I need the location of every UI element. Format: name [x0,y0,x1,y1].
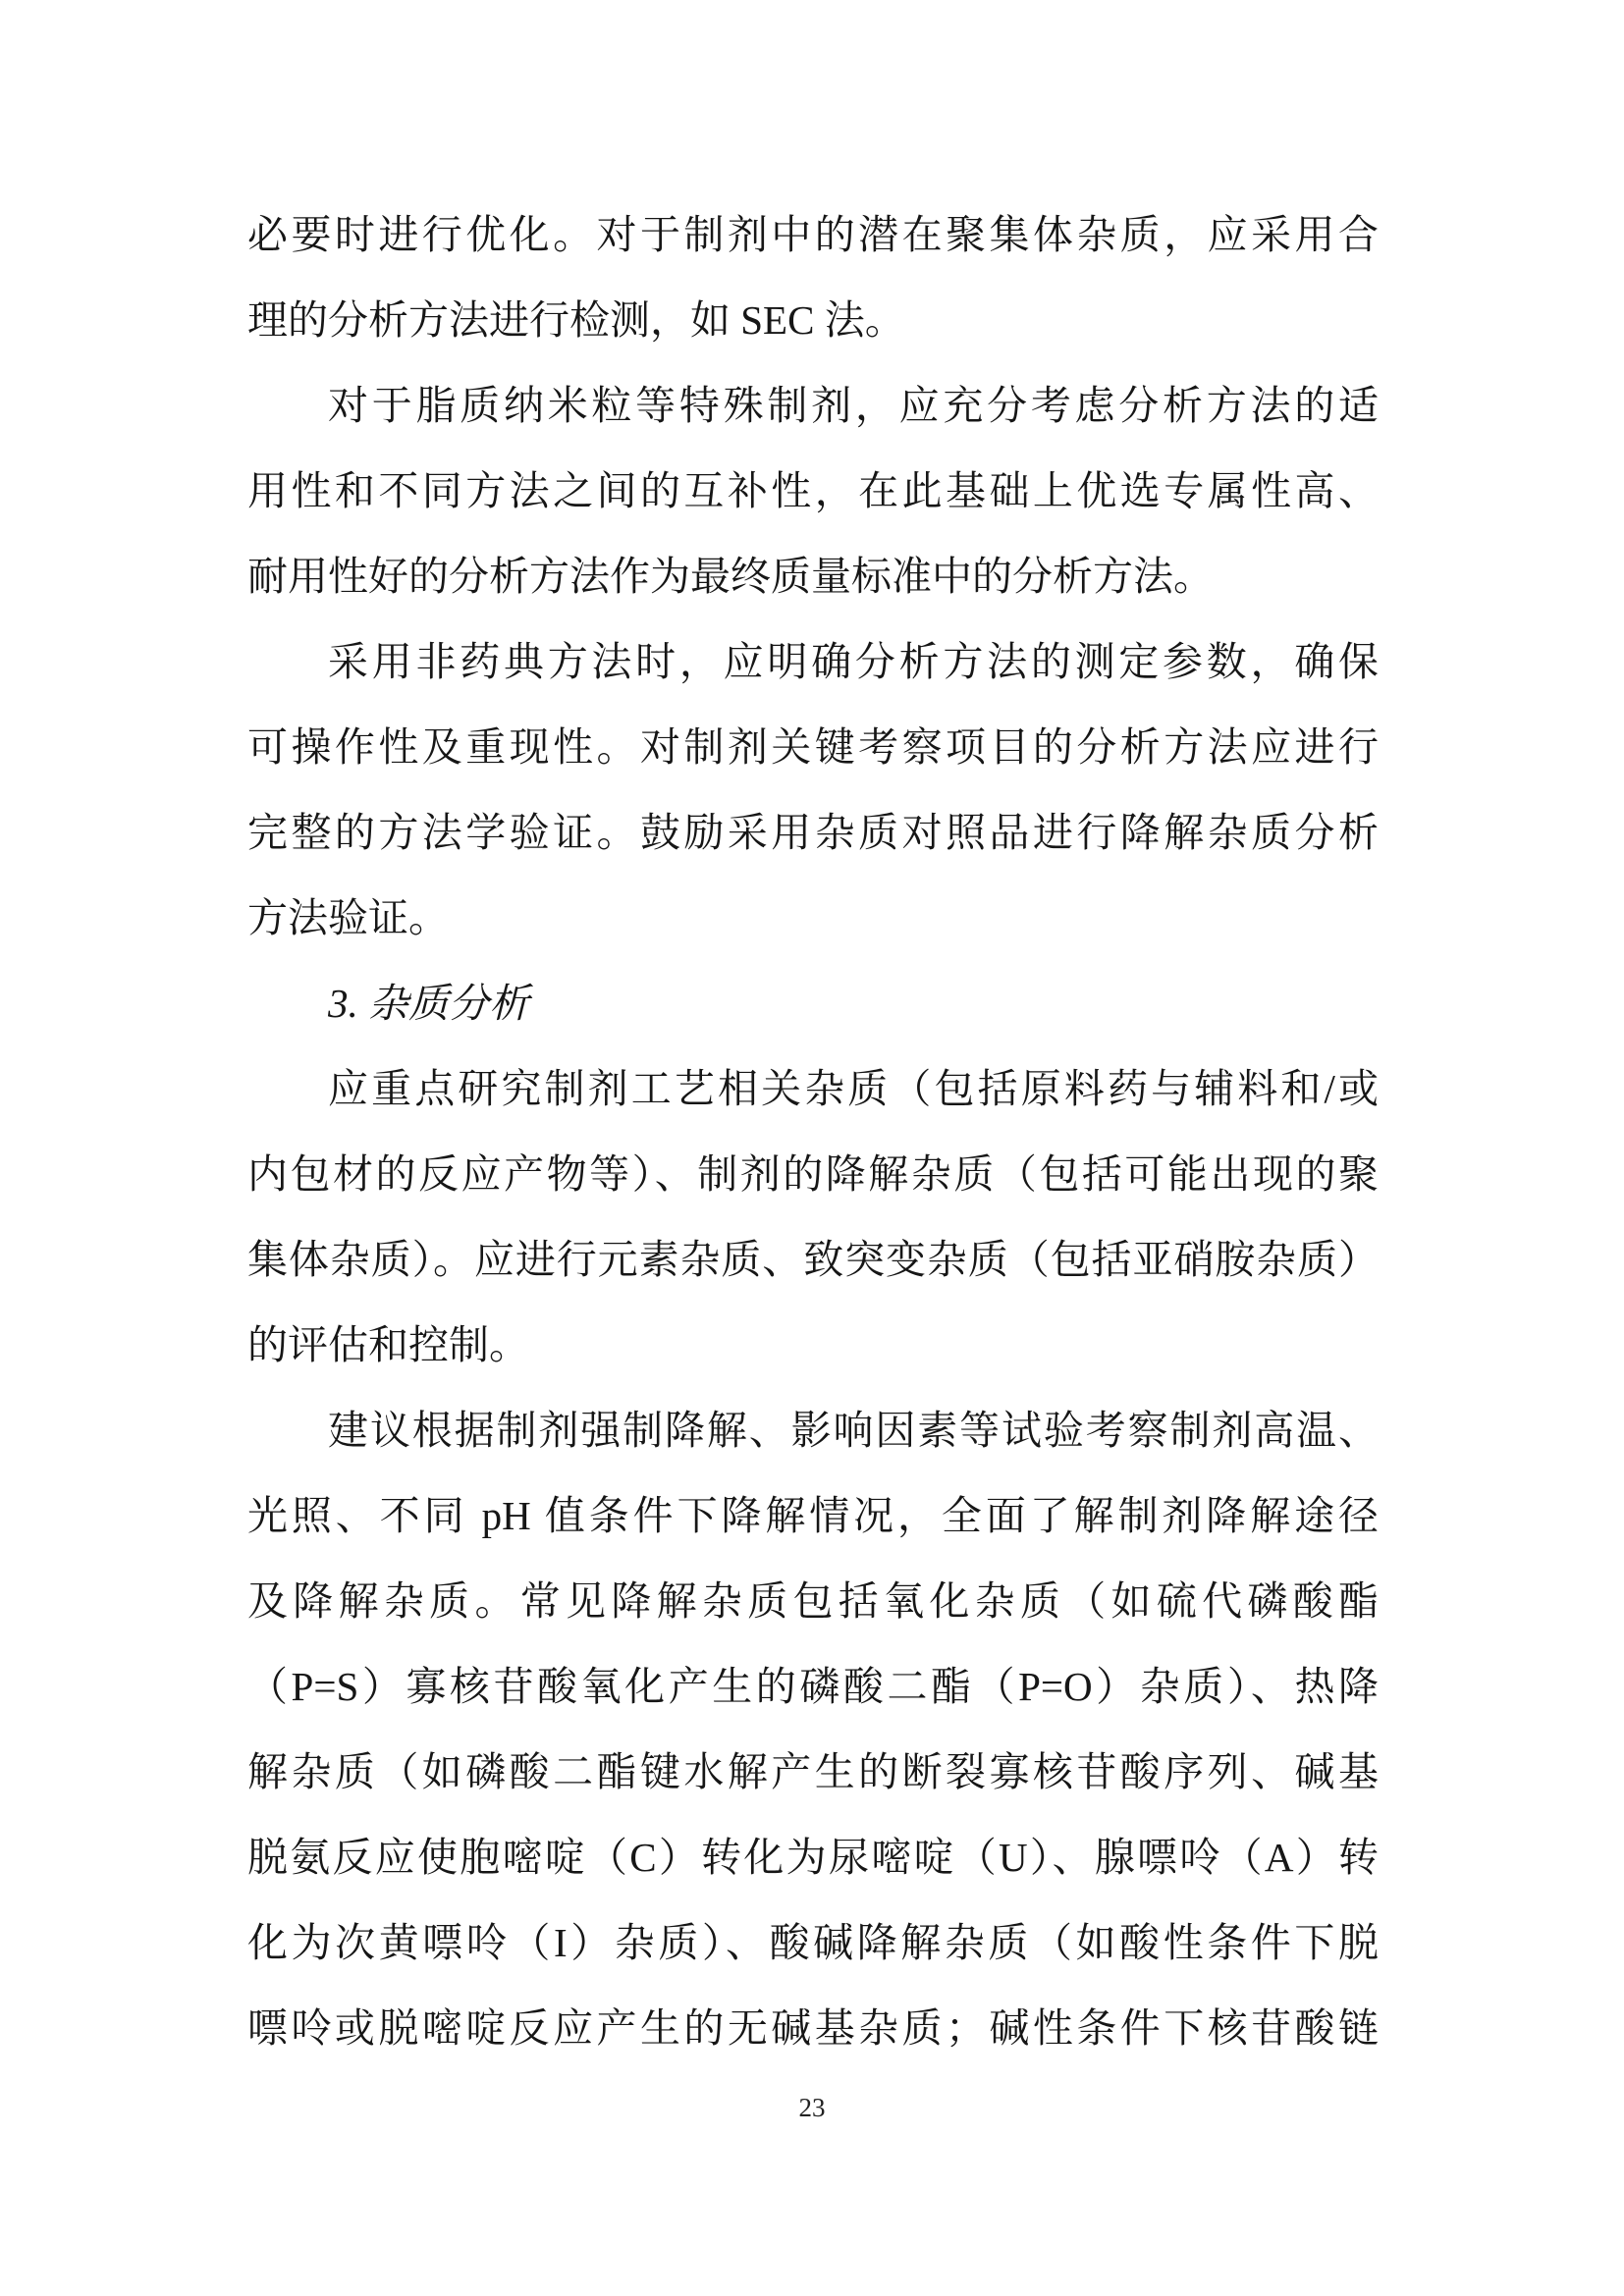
body-line: （P=S）寡核苷酸氧化产生的磷酸二酯（P=O）杂质）、热降 [247,1644,1379,1730]
page-number: 23 [0,2087,1624,2128]
body-line: 采用非药典方法时，应明确分析方法的测定参数，确保 [247,619,1379,705]
body-line: 完整的方法学验证。鼓励采用杂质对照品进行降解杂质分析 [247,790,1379,876]
body-line: 必要时进行优化。对于制剂中的潜在聚集体杂质，应采用合 [247,192,1379,278]
body-line: 光照、不同 pH 值条件下降解情况，全面了解制剂降解途径 [247,1473,1379,1559]
body-line: 用性和不同方法之间的互补性，在此基础上优选专属性高、 [247,449,1379,534]
body-line: 建议根据制剂强制降解、影响因素等试验考察制剂高温、 [247,1388,1379,1473]
body-line: 可操作性及重现性。对制剂关键考察项目的分析方法应进行 [247,705,1379,790]
body-line: 对于脂质纳米粒等特殊制剂，应充分考虑分析方法的适 [247,363,1379,449]
document-page: 必要时进行优化。对于制剂中的潜在聚集体杂质，应采用合 理的分析方法进行检测，如 … [0,0,1624,2296]
body-line: 的评估和控制。 [247,1303,1379,1388]
body-line: 嘌呤或脱嘧啶反应产生的无碱基杂质；碱性条件下核苷酸链 [247,1986,1379,2071]
body-line: 理的分析方法进行检测，如 SEC 法。 [247,278,1379,363]
body-line: 耐用性好的分析方法作为最终质量标准中的分析方法。 [247,534,1379,619]
body-line: 解杂质（如磷酸二酯键水解产生的断裂寡核苷酸序列、碱基 [247,1730,1379,1815]
body-text-block: 必要时进行优化。对于制剂中的潜在聚集体杂质，应采用合 理的分析方法进行检测，如 … [247,192,1379,2071]
body-line: 脱氨反应使胞嘧啶（C）转化为尿嘧啶（U）、腺嘌呤（A）转 [247,1815,1379,1900]
body-line: 内包材的反应产物等）、制剂的降解杂质（包括可能出现的聚 [247,1132,1379,1217]
body-line: 集体杂质）。应进行元素杂质、致突变杂质（包括亚硝胺杂质） [247,1217,1379,1303]
body-line: 及降解杂质。常见降解杂质包括氧化杂质（如硫代磷酸酯 [247,1559,1379,1644]
body-line: 化为次黄嘌呤（I）杂质）、酸碱降解杂质（如酸性条件下脱 [247,1900,1379,1986]
section-heading-impurity-analysis: 3. 杂质分析 [247,961,1379,1046]
body-line: 方法验证。 [247,876,1379,961]
body-line: 应重点研究制剂工艺相关杂质（包括原料药与辅料和/或 [247,1046,1379,1132]
